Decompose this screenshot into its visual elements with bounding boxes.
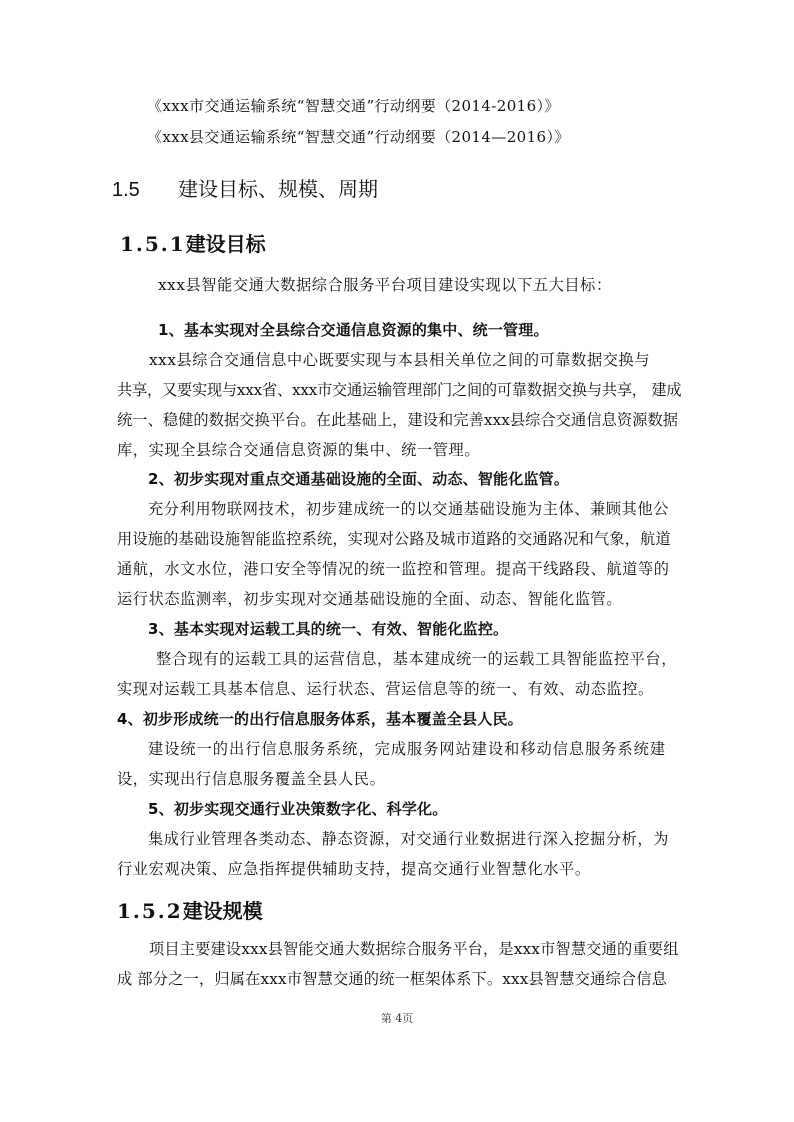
goal-heading: 1、基本实现对全县综合交通信息资源的集中、统一管理。 bbox=[158, 320, 549, 340]
page-number: 第 4页 bbox=[0, 1010, 794, 1026]
paragraph-line: 成 部分之一，归属在xxx市智慧交通的统一框架体系下。xxx县智慧交通综合信息 bbox=[117, 969, 667, 989]
paragraph-line: 建设统一的出行信息服务系统，完成服务网站建设和移动信息服务系统建 bbox=[148, 739, 666, 759]
paragraph-line: 行业宏观决策、应急指挥提供辅助支持，提高交通行业智慧化水平。 bbox=[117, 859, 591, 879]
intro-paragraph: xxx县智能交通大数据综合服务平台项目建设实现以下五大目标： bbox=[158, 275, 612, 295]
subsection-number: 1.5.1 bbox=[120, 232, 186, 256]
goal-heading: 3、基本实现对运载工具的统一、有效、智能化监控。 bbox=[148, 619, 508, 639]
subsection-heading: 1.5.1建设目标 bbox=[120, 231, 266, 257]
reference-line: 《xxx县交通运输系统“智慧交通”行动纲要（2014—2016）》 bbox=[147, 127, 570, 147]
paragraph-line: 集成行业管理各类动态、静态资源，对交通行业数据进行深入挖掘分析，为 bbox=[148, 829, 669, 849]
paragraph-line: xxx县综合交通信息中心既要实现与本县相关单位之间的可靠数据交换与 bbox=[149, 350, 650, 370]
paragraph-line: 项目主要建设xxx县智能交通大数据综合服务平台，是xxx市智慧交通的重要组 bbox=[149, 939, 679, 959]
paragraph-line: 设，实现出行信息服务覆盖全县人民。 bbox=[117, 769, 385, 789]
paragraph-line: 充分利用物联网技术，初步建成统一的以交通基础设施为主体、兼顾其他公 bbox=[148, 499, 669, 519]
paragraph-line: 统一、稳健的数据交换平台。在此基础上，建设和完善xxx县综合交通信息资源数据 bbox=[117, 410, 678, 430]
paragraph-line: 通航，水文水位，港口安全等情况的统一监控和管理。提高干线路段、航道等的 bbox=[117, 559, 670, 579]
goal-heading: 2、初步实现对重点交通基础设施的全面、动态、智能化监管。 bbox=[148, 469, 569, 489]
paragraph-line: 用设施的基础设施智能监控系统，实现对公路及城市道路的交通路况和气象，航道 bbox=[117, 529, 671, 549]
section-heading: 1.5建设目标、规模、周期 bbox=[112, 176, 378, 203]
paragraph-line: 库，实现全县综合交通信息资源的集中、统一管理。 bbox=[117, 440, 480, 460]
goal-heading: 4、初步形成统一的出行信息服务体系，基本覆盖全县人民。 bbox=[117, 709, 523, 729]
paragraph-line: 实现对运载工具基本信息、运行状态、营运信息等的统一、有效、动态监控。 bbox=[117, 679, 654, 699]
document-page: 《xxx市交通运输系统“智慧交通”行动纲要（2014-2016）》 《xxx县交… bbox=[0, 0, 794, 1122]
subsection-heading: 1.5.2建设规模 bbox=[117, 898, 263, 924]
reference-line: 《xxx市交通运输系统“智慧交通”行动纲要（2014-2016）》 bbox=[147, 96, 560, 116]
section-number: 1.5 bbox=[112, 177, 178, 203]
section-title: 建设目标、规模、周期 bbox=[178, 177, 378, 201]
paragraph-line: 共享，又要实现与xxx省、xxx市交通运输管理部门之间的可靠数据交换与共享， 建… bbox=[117, 380, 681, 400]
subsection-number: 1.5.2 bbox=[117, 899, 183, 923]
paragraph-line: 整合现有的运载工具的运营信息，基本建成统一的运载工具智能监控平台， bbox=[156, 649, 677, 669]
subsection-title: 建设规模 bbox=[183, 899, 263, 923]
subsection-title: 建设目标 bbox=[186, 232, 266, 256]
paragraph-line: 运行状态监测率，初步实现对交通基础设施的全面、动态、智能化监管。 bbox=[117, 589, 622, 609]
goal-heading: 5、初步实现交通行业决策数字化、科学化。 bbox=[148, 799, 447, 819]
